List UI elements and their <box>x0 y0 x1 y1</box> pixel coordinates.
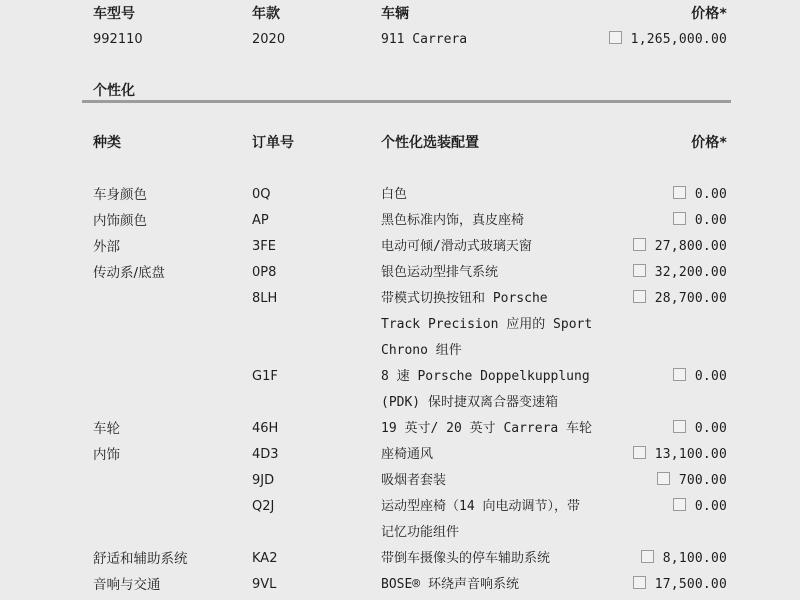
header-option: 个性化选装配置 <box>381 130 479 156</box>
option-row: Q2J运动型座椅（14 向电动调节），带记忆功能组件0.00 <box>0 494 800 546</box>
option-order-code: AP <box>252 208 269 234</box>
option-row: 舒适和辅助系统KA2带倒车摄像头的停车辅助系统8,100.00 <box>0 546 800 572</box>
option-description-line: 黑色标准内饰，真皮座椅 <box>381 208 524 234</box>
option-price: 32,200.00 <box>633 260 727 286</box>
vehicle-header-row: 车型号 年款 车辆 价格* <box>0 1 800 27</box>
option-order-code: 9JD <box>252 468 274 494</box>
option-row: 外部3FE电动可倾/滑动式玻璃天窗27,800.00 <box>0 234 800 260</box>
option-price-value: 0.00 <box>695 213 727 228</box>
vehicle-price: 1,265,000.00 <box>609 27 727 53</box>
option-row: 音响与交通9VLBOSE® 环绕声音响系统17,500.00 <box>0 572 800 598</box>
option-price-checkbox[interactable] <box>633 238 646 251</box>
option-description-line: 记忆功能组件 <box>381 520 459 546</box>
option-price-checkbox[interactable] <box>633 264 646 277</box>
option-row: 车轮46H19 英寸/ 20 英寸 Carrera 车轮0.00 <box>0 416 800 442</box>
header-vehicle: 车辆 <box>381 1 409 27</box>
option-description-line: Chrono 组件 <box>381 338 462 364</box>
option-price-checkbox[interactable] <box>633 290 646 303</box>
option-description-line: 运动型座椅（14 向电动调节），带 <box>381 494 580 520</box>
vehicle-value: 911 Carrera <box>381 27 467 53</box>
option-description-line: BOSE® 环绕声音响系统 <box>381 572 519 598</box>
option-order-code: Q2J <box>252 494 274 520</box>
option-order-code: 9VL <box>252 572 276 598</box>
option-price-value: 0.00 <box>695 499 727 514</box>
option-description-line: (PDK) 保时捷双离合器变速箱 <box>381 390 558 416</box>
option-price: 17,500.00 <box>633 572 727 598</box>
option-price-value: 32,200.00 <box>655 265 727 280</box>
option-price: 0.00 <box>673 494 727 520</box>
option-price-checkbox[interactable] <box>673 212 686 225</box>
option-row: 车身颜色0Q白色0.00 <box>0 182 800 208</box>
option-price-checkbox[interactable] <box>673 420 686 433</box>
option-price-checkbox[interactable] <box>673 186 686 199</box>
option-category: 外部 <box>93 234 120 260</box>
option-price: 0.00 <box>673 208 727 234</box>
option-order-code: 8LH <box>252 286 277 312</box>
model-year-value: 2020 <box>252 27 285 53</box>
option-description-line: 银色运动型排气系统 <box>381 260 498 286</box>
option-order-code: G1F <box>252 364 278 390</box>
option-row: 传动系/底盘0P8银色运动型排气系统32,200.00 <box>0 260 800 286</box>
option-price: 0.00 <box>673 416 727 442</box>
option-price-value: 13,100.00 <box>655 447 727 462</box>
option-description-line: 座椅通风 <box>381 442 433 468</box>
header-model-code: 车型号 <box>93 1 135 27</box>
option-order-code: 3FE <box>252 234 276 260</box>
option-description-line: 带模式切换按钮和 Porsche <box>381 286 548 312</box>
vehicle-price-checkbox[interactable] <box>609 31 622 44</box>
option-category: 内饰颜色 <box>93 208 147 234</box>
option-price-checkbox[interactable] <box>657 472 670 485</box>
option-price-value: 8,100.00 <box>663 551 727 566</box>
option-price-value: 17,500.00 <box>655 577 727 592</box>
option-description-line: 白色 <box>381 182 407 208</box>
option-row: 内饰4D3座椅通风13,100.00 <box>0 442 800 468</box>
option-price-value: 28,700.00 <box>655 291 727 306</box>
header-option-price: 价格* <box>691 130 727 156</box>
option-row: 9JD吸烟者套装700.00 <box>0 468 800 494</box>
option-description-line: 带倒车摄像头的停车辅助系统 <box>381 546 550 572</box>
option-row: 内饰颜色AP黑色标准内饰，真皮座椅0.00 <box>0 208 800 234</box>
option-description-line: 8 速 Porsche Doppelkupplung <box>381 364 590 390</box>
option-price: 27,800.00 <box>633 234 727 260</box>
option-price: 13,100.00 <box>633 442 727 468</box>
option-price-value: 0.00 <box>695 369 727 384</box>
option-category: 车身颜色 <box>93 182 147 208</box>
option-price: 700.00 <box>657 468 727 494</box>
option-price-checkbox[interactable] <box>641 550 654 563</box>
option-price-value: 0.00 <box>695 421 727 436</box>
header-order-no: 订单号 <box>252 130 294 156</box>
option-category: 传动系/底盘 <box>93 260 165 286</box>
options-header-row: 种类 订单号 个性化选装配置 价格* <box>0 130 800 156</box>
option-category: 舒适和辅助系统 <box>93 546 188 572</box>
option-price-checkbox[interactable] <box>673 368 686 381</box>
option-order-code: 0P8 <box>252 260 276 286</box>
header-category: 种类 <box>93 130 121 156</box>
option-description-line: Track Precision 应用的 Sport <box>381 312 592 338</box>
option-price: 8,100.00 <box>641 546 727 572</box>
option-category: 内饰 <box>93 442 120 468</box>
option-order-code: 46H <box>252 416 278 442</box>
header-price: 价格* <box>691 1 727 27</box>
section-divider <box>82 100 731 103</box>
option-price-checkbox[interactable] <box>633 576 646 589</box>
option-category: 音响与交通 <box>93 572 161 598</box>
option-price-checkbox[interactable] <box>633 446 646 459</box>
option-price: 0.00 <box>673 364 727 390</box>
option-description-line: 吸烟者套装 <box>381 468 446 494</box>
option-price-value: 27,800.00 <box>655 239 727 254</box>
option-price-checkbox[interactable] <box>673 498 686 511</box>
option-order-code: KA2 <box>252 546 277 572</box>
option-order-code: 4D3 <box>252 442 279 468</box>
vehicle-value-row: 992110 2020 911 Carrera 1,265,000.00 <box>0 27 800 53</box>
option-category: 车轮 <box>93 416 120 442</box>
option-row: G1F8 速 Porsche Doppelkupplung(PDK) 保时捷双离… <box>0 364 800 416</box>
option-description-line: 19 英寸/ 20 英寸 Carrera 车轮 <box>381 416 592 442</box>
option-order-code: 0Q <box>252 182 271 208</box>
option-price-value: 700.00 <box>679 473 727 488</box>
vehicle-price-value: 1,265,000.00 <box>631 32 727 47</box>
option-description-line: 电动可倾/滑动式玻璃天窗 <box>381 234 532 260</box>
model-code-value: 992110 <box>93 27 143 53</box>
option-price: 0.00 <box>673 182 727 208</box>
header-model-year: 年款 <box>252 1 280 27</box>
option-row: 8LH带模式切换按钮和 PorscheTrack Precision 应用的 S… <box>0 286 800 364</box>
option-price-value: 0.00 <box>695 187 727 202</box>
option-price: 28,700.00 <box>633 286 727 312</box>
